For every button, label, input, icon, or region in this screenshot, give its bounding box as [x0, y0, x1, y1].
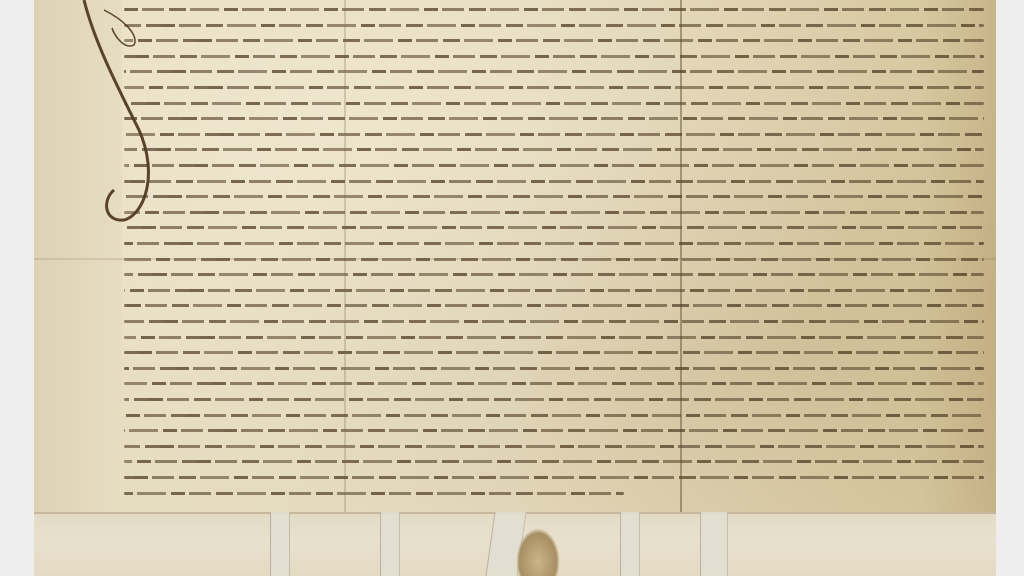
script-line	[124, 102, 984, 105]
script-line	[124, 445, 984, 448]
script-line	[124, 304, 984, 307]
parchment-document	[34, 0, 996, 576]
script-line	[124, 180, 984, 183]
script-line	[124, 8, 984, 11]
script-line	[124, 242, 984, 245]
fold-line	[680, 0, 682, 576]
script-line	[124, 382, 984, 385]
seal-tag	[270, 512, 290, 576]
script-line	[124, 476, 984, 479]
script-line	[124, 226, 984, 229]
script-line	[124, 367, 984, 370]
script-line	[124, 351, 984, 354]
script-line	[124, 398, 984, 401]
script-line	[124, 133, 984, 136]
script-line	[124, 117, 984, 120]
script-line	[124, 211, 984, 214]
fold-line	[34, 258, 996, 260]
seal-tag	[620, 512, 640, 576]
fold-line	[344, 0, 346, 512]
script-line	[124, 289, 984, 292]
script-line	[124, 429, 984, 432]
handwritten-text-block	[124, 2, 984, 507]
script-line	[124, 414, 984, 417]
script-line	[124, 320, 984, 323]
script-line	[124, 70, 984, 73]
script-line	[124, 164, 984, 167]
script-line	[124, 460, 984, 463]
script-line	[124, 24, 984, 27]
script-line	[124, 86, 984, 89]
script-line	[124, 39, 984, 42]
script-line	[124, 195, 984, 198]
script-line	[124, 492, 624, 495]
script-line	[124, 336, 984, 339]
seal-cord-icon	[516, 528, 560, 576]
seal-tag	[380, 512, 400, 576]
script-line	[124, 55, 984, 58]
script-line	[124, 148, 984, 151]
script-line	[124, 273, 984, 276]
seal-tag	[700, 512, 728, 576]
